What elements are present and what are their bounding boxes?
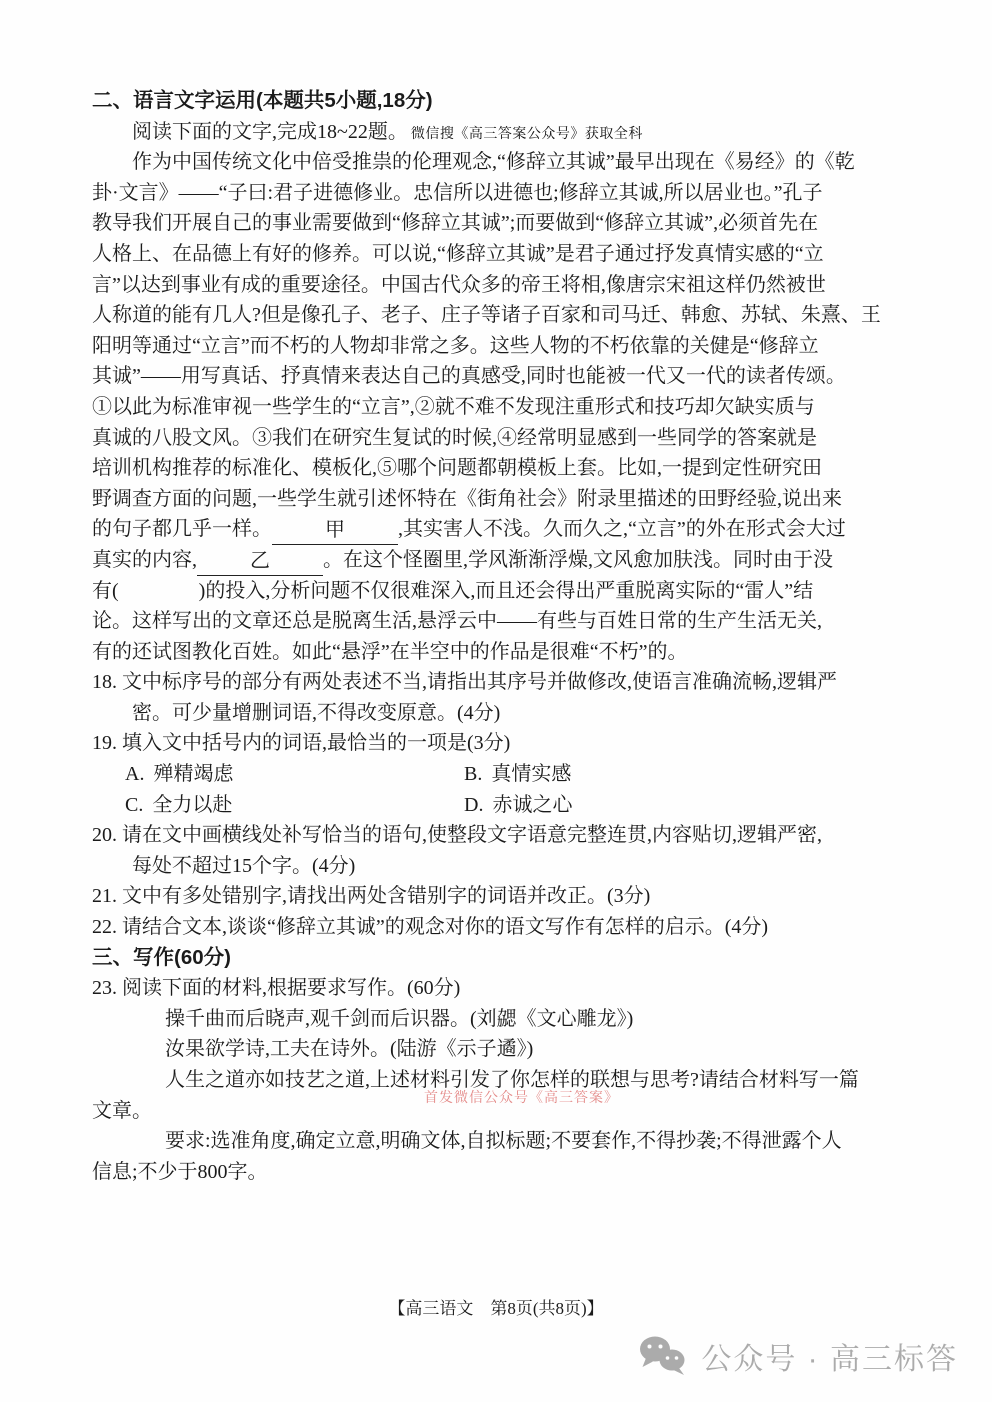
question-18-line2: 密。可少量增删词语,不得改变原意。(4分)	[92, 698, 916, 729]
option-a-label: A.	[125, 763, 144, 785]
passage-line: 其诚”——用写真话、抒真情来表达自己的真感受,同时也能被一代又一代的读者传颂。	[92, 361, 916, 392]
passage-line: 卦·文言》——“子曰:君子进德修业。忠信所以进德也;修辞立其诚,所以居业也。”孔…	[92, 178, 916, 209]
exam-page: 二、语言文字运用(本题共5小题,18分) 阅读下面的文字,完成18~22题。微信…	[0, 0, 992, 1402]
passage-line: 的句子都几乎一样。甲,其实害人不浅。久而久之,“立言”的外在形式会大过	[92, 514, 916, 545]
passage-line: 培训机构推荐的标准化、模板化,⑤哪个问题都朝模板上套。比如,一提到定性研究田	[92, 453, 916, 484]
passage-line: 有的还试图教化百姓。如此“悬浮”在半空中的作品是很难“不朽”的。	[92, 637, 916, 668]
section-2-title: 二、语言文字运用(本题共5小题,18分)	[92, 86, 916, 117]
essay-requirements-line1: 要求:选准角度,确定立意,明确文体,自拟标题;不要套作,不得抄袭;不得泄露个人	[92, 1126, 916, 1157]
blank-yi: 乙	[197, 548, 323, 576]
option-c: C.全力以赴	[92, 790, 464, 821]
passage-line: 有( )的投入,分析问题不仅很难深入,而且还会得出严重脱离实际的“雷人”结	[92, 576, 916, 607]
passage-line: 人格上、在品德上有好的修养。可以说,“修辞立其诚”是君子通过抒发真情实感的“立	[92, 239, 916, 270]
passage-intro: 阅读下面的文字,完成18~22题。微信搜《高三答案公众号》获取全科	[92, 117, 916, 148]
question-21: 21. 文中有多处错别字,请找出两处含错别字的词语并改正。(3分)	[92, 881, 916, 912]
passage-line: 论。这样写出的文章还总是脱离生活,悬浮云中——有些与百姓日常的生产生活无关,	[92, 606, 916, 637]
question-20-line1: 20. 请在文中画横线处补写恰当的语句,使整段文字语意完整连贯,内容贴切,逻辑严…	[92, 820, 916, 851]
option-d: D.赤诚之心	[464, 790, 572, 821]
passage-line: 作为中国传统文化中倍受推祟的伦理观念,“修辞立其诚”最早出现在《易经》的《乾	[92, 147, 916, 178]
passage-line: 阳明等通过“立言”而不朽的人物却非常之多。这些人物的不朽依靠的关健是“修辞立	[92, 331, 916, 362]
section-3-title: 三、写作(60分)	[92, 943, 916, 974]
question-19-options-row-1: A.殚精竭虑 B.真情实感	[92, 759, 916, 790]
passage-intro-text: 阅读下面的文字,完成18~22题。	[132, 121, 408, 143]
option-d-label: D.	[464, 794, 483, 816]
material-quote-2: 汝果欲学诗,工夫在诗外。(陆游《示子遹》)	[92, 1034, 916, 1065]
option-d-text: 赤诚之心	[492, 794, 572, 816]
question-23-stem: 23. 阅读下面的材料,根据要求写作。(60分)	[92, 973, 916, 1004]
ad-note: 微信搜《高三答案公众号》获取全科	[411, 127, 643, 142]
passage: 作为中国传统文化中倍受推祟的伦理观念,“修辞立其诚”最早出现在《易经》的《乾 卦…	[92, 147, 916, 667]
question-19-stem: 19. 填入文中括号内的词语,最恰当的一项是(3分)	[92, 728, 916, 759]
question-20-line2: 每处不超过15个字。(4分)	[92, 851, 916, 882]
passage-line: 言”以达到事业有成的重要途径。中国古代众多的帝王将相,像唐宗宋祖这样仍然被世	[92, 270, 916, 301]
exam-content: 二、语言文字运用(本题共5小题,18分) 阅读下面的文字,完成18~22题。微信…	[92, 86, 916, 1187]
option-b: B.真情实感	[464, 759, 571, 790]
passage-line: 真诚的八股文风。③我们在研究生复试的时候,④经常明显感到一些同学的答案就是	[92, 423, 916, 454]
option-a: A.殚精竭虑	[92, 759, 464, 790]
option-b-text: 真情实感	[491, 763, 571, 785]
essay-requirements-line2: 信息;不少于800字。	[92, 1157, 916, 1188]
blank-jia: 甲	[272, 517, 398, 545]
question-22: 22. 请结合文本,谈谈“修辞立其诚”的观念对你的语文写作有怎样的启示。(4分)	[92, 912, 916, 943]
page-footer: 【高三语文 第8页(共8页)】	[0, 1294, 992, 1319]
wechat-watermark-text: 公众号 · 高三标答	[701, 1334, 958, 1378]
passage-line: ①以此为标准审视一些学生的“立言”,②就不难不发现注重形式和技巧却欠缺实质与	[92, 392, 916, 423]
option-c-label: C.	[125, 794, 143, 816]
option-c-text: 全力以赴	[152, 794, 232, 816]
wechat-icon	[638, 1335, 688, 1377]
option-a-text: 殚精竭虑	[153, 763, 233, 785]
question-19-options-row-2: C.全力以赴 D.赤诚之心	[92, 790, 916, 821]
passage-line-text: 。在这个怪圈里,学风渐渐浮燥,文风愈加肤浅。同时由于没	[323, 549, 833, 571]
material-quote-1: 操千曲而后晓声,观千剑而后识器。(刘勰《文心雕龙》)	[92, 1004, 916, 1035]
passage-line-text: 真实的内容,	[92, 549, 197, 571]
red-watermark: 首发微信公众号《高三答案》	[424, 1087, 619, 1107]
passage-line-text: ,其实害人不浅。久而久之,“立言”的外在形式会大过	[398, 518, 846, 540]
passage-line: 野调查方面的问题,一些学生就引述怀特在《街角社会》附录里描述的田野经验,说出来	[92, 484, 916, 515]
wechat-watermark: 公众号 · 高三标答	[638, 1334, 958, 1378]
passage-line-text: 的句子都几乎一样。	[92, 518, 272, 540]
option-b-label: B.	[464, 763, 482, 785]
passage-line: 人称道的能有几人?但是像孔子、老子、庄子等诸子百家和司马迁、韩愈、苏轼、朱熹、王	[92, 300, 916, 331]
passage-line: 真实的内容,乙。在这个怪圈里,学风渐渐浮燥,文风愈加肤浅。同时由于没	[92, 545, 916, 576]
passage-line: 教导我们开展自己的事业需要做到“修辞立其诚”;而要做到“修辞立其诚”,必须首先在	[92, 208, 916, 239]
question-18-line1: 18. 文中标序号的部分有两处表述不当,请指出其序号并做修改,使语言准确流畅,逻…	[92, 667, 916, 698]
